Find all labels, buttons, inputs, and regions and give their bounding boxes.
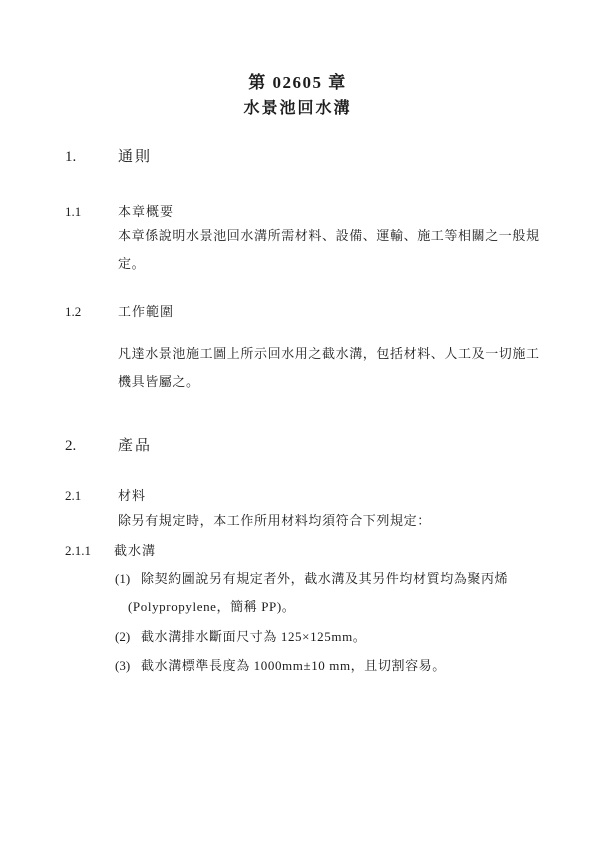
list-item-number: (1) xyxy=(115,571,141,587)
chapter-title: 水景池回水溝 xyxy=(0,99,595,119)
section-number: 1. xyxy=(65,148,118,167)
paragraph-line: 定。 xyxy=(118,256,145,272)
section-heading: 材料 xyxy=(118,488,146,504)
section-1-2: 1.2 工作範圍 xyxy=(65,304,555,320)
section-number: 2.1 xyxy=(65,488,118,504)
section-2: 2. 產品 xyxy=(65,437,555,456)
list-item-text: 除契約圖說另有規定者外，截水溝及其另件均材質均為聚丙烯 xyxy=(141,571,508,587)
section-number: 2. xyxy=(65,437,118,456)
list-item-text: 截水溝標準長度為 1000mm±10 mm，且切割容易。 xyxy=(141,658,446,674)
list-item-number: (2) xyxy=(115,629,141,645)
section-heading: 本章概要 xyxy=(118,204,174,220)
section-1-1: 1.1 本章概要 xyxy=(65,204,555,220)
list-item-3: (3) 截水溝標準長度為 1000mm±10 mm，且切割容易。 xyxy=(115,658,565,674)
list-item-continuation: (Polypropylene，簡稱 PP)。 xyxy=(128,599,295,615)
section-number: 1.2 xyxy=(65,304,118,320)
document-page: 第 02605 章 水景池回水溝 1. 通則 1.1 本章概要 本章係說明水景池… xyxy=(0,0,595,842)
paragraph-line: 除另有規定時，本工作所用材料均須符合下列規定： xyxy=(118,513,431,529)
list-item-number: (3) xyxy=(115,658,141,674)
section-heading: 工作範圍 xyxy=(118,304,174,320)
section-number: 2.1.1 xyxy=(65,543,114,559)
section-number: 1.1 xyxy=(65,204,118,220)
section-2-1: 2.1 材料 xyxy=(65,488,555,504)
chapter-number: 第 02605 章 xyxy=(0,72,595,93)
section-heading: 截水溝 xyxy=(114,543,156,559)
list-item-1: (1) 除契約圖說另有規定者外，截水溝及其另件均材質均為聚丙烯 xyxy=(115,571,565,587)
list-item-text: 截水溝排水斷面尺寸為 125×125mm。 xyxy=(141,629,366,645)
paragraph-line: 凡達水景池施工圖上所示回水用之截水溝，包括材料、人工及一切施工 xyxy=(118,346,540,362)
list-item-2: (2) 截水溝排水斷面尺寸為 125×125mm。 xyxy=(115,629,565,645)
section-2-1-1: 2.1.1 截水溝 xyxy=(65,543,555,559)
section-heading: 通則 xyxy=(118,148,152,167)
section-heading: 產品 xyxy=(118,437,152,456)
paragraph-line: 本章係說明水景池回水溝所需材料、設備、運輸、施工等相關之一般規 xyxy=(118,228,540,244)
paragraph-line: 機具皆屬之。 xyxy=(118,374,200,390)
section-1: 1. 通則 xyxy=(65,148,555,167)
